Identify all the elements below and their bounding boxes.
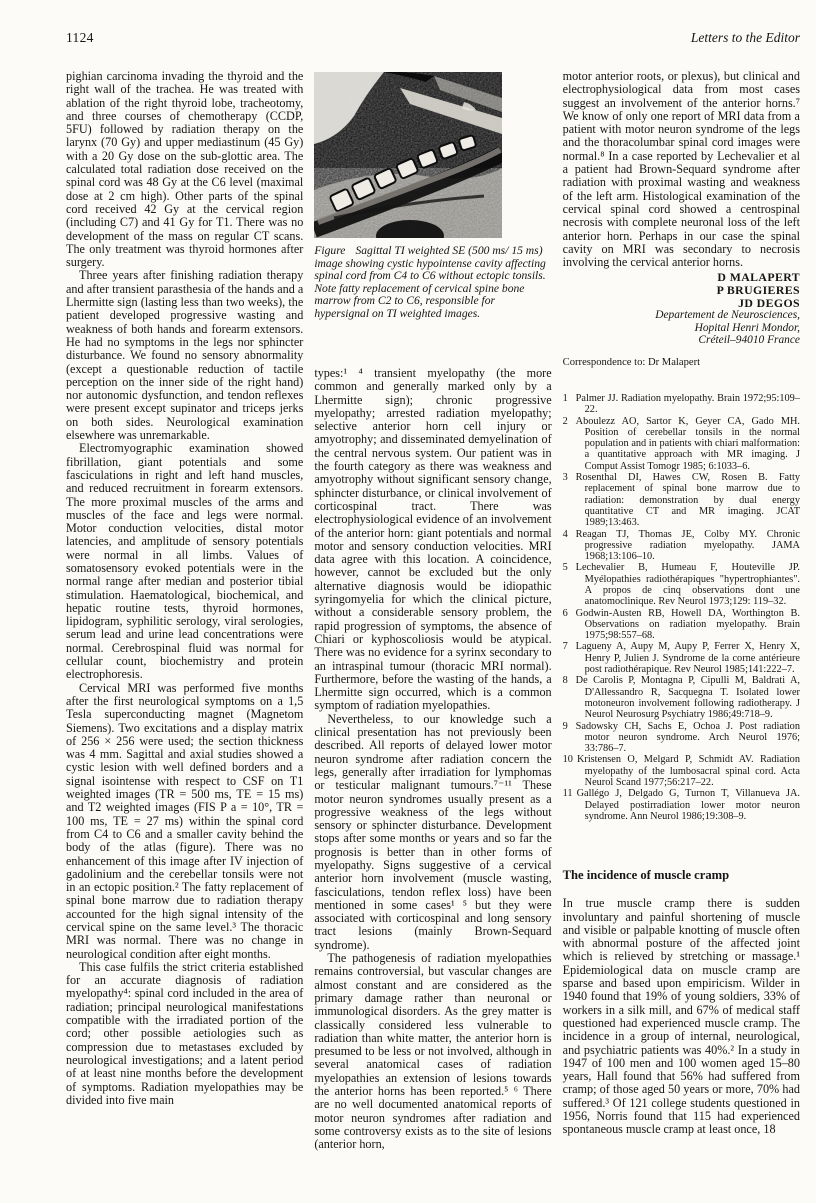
reference-text: Lagueny A, Aupy M, Aupy P, Ferrer X, Hen…: [576, 641, 800, 675]
reference-text: Godwin-Austen RB, Howell DA, Worthington…: [576, 608, 800, 642]
reference-number: 7: [563, 641, 572, 652]
three-column-layout: pighian carcinoma invading the thyroid a…: [66, 70, 800, 1152]
running-title: Letters to the Editor: [691, 30, 800, 46]
column-middle: FigureSagittal TI weighted SE (500 ms/ 1…: [314, 70, 551, 1152]
page-number: 1124: [66, 30, 94, 46]
body-paragraph: The pathogenesis of radiation myelopathi…: [314, 952, 551, 1151]
figure-caption-text: Sagittal TI weighted SE (500 ms/ 15 ms) …: [314, 244, 546, 320]
page-header: 1124 Letters to the Editor: [66, 30, 800, 46]
author-name: JD DEGOS: [563, 297, 800, 310]
figure-caption-label: Figure: [314, 244, 345, 257]
reference-number: 10: [563, 754, 573, 765]
body-paragraph: Three years after finishing radiation th…: [66, 269, 303, 442]
reference-text: Aboulezz AO, Sartor K, Geyer CA, Gado MH…: [576, 416, 800, 472]
reference-item: 9Sadowsky CH, Sachs E, Ochoa J. Post rad…: [563, 721, 800, 755]
reference-text: Palmer JJ. Radiation myelopathy. Brain 1…: [576, 393, 800, 415]
reference-number: 8: [563, 675, 572, 686]
body-paragraph: motor anterior roots, or plexus), but cl…: [563, 70, 800, 269]
author-name: P BRUGIERES: [563, 284, 800, 297]
signature-block: D MALAPERT P BRUGIERES JD DEGOS Departem…: [563, 271, 800, 346]
reference-text: Lechevalier B, Humeau F, Houteville JP. …: [576, 562, 800, 607]
body-paragraph: Electromyographic examination showed fib…: [66, 442, 303, 681]
correspondence-note: Correspondence to: Dr Malapert: [563, 357, 800, 369]
journal-page: 1124 Letters to the Editor pighian carci…: [0, 0, 816, 1203]
affiliation-line: Departement de Neurosciences,: [563, 309, 800, 321]
reference-text: Rosenthal DI, Hawes CW, Rosen B. Fatty r…: [576, 472, 800, 528]
reference-item: 11Gallégo J, Delgado G, Turnon T, Villan…: [563, 788, 800, 822]
reference-item: 8De Carolis P, Montagna P, Cipulli M, Ba…: [563, 675, 800, 720]
body-paragraph: Nevertheless, to our knowledge such a cl…: [314, 713, 551, 952]
section-heading-muscle-cramp: The incidence of muscle cramp: [563, 868, 800, 882]
reference-text: Gallégo J, Delgado G, Turnon T, Villanue…: [577, 788, 800, 822]
reference-number: 11: [563, 788, 573, 799]
reference-item: 1Palmer JJ. Radiation myelopathy. Brain …: [563, 393, 800, 416]
body-paragraph: pighian carcinoma invading the thyroid a…: [66, 70, 303, 269]
figure-mri-sagittal-cervical-spine: FigureSagittal TI weighted SE (500 ms/ 1…: [314, 72, 551, 320]
reference-number: 3: [563, 472, 572, 483]
reference-text: Sadowsky CH, Sachs E, Ochoa J. Post radi…: [576, 721, 800, 755]
reference-number: 4: [563, 529, 572, 540]
reference-item: 3Rosenthal DI, Hawes CW, Rosen B. Fatty …: [563, 472, 800, 528]
body-paragraph: This case fulfils the strict criteria es…: [66, 961, 303, 1107]
column-right: motor anterior roots, or plexus), but cl…: [563, 70, 800, 1152]
reference-text: De Carolis P, Montagna P, Cipulli M, Bal…: [576, 675, 800, 720]
reference-item: 7Lagueny A, Aupy M, Aupy P, Ferrer X, He…: [563, 641, 800, 675]
body-paragraph: Cervical MRI was performed five months a…: [66, 682, 303, 961]
reference-item: 6Godwin-Austen RB, Howell DA, Worthingto…: [563, 608, 800, 642]
mri-image: [314, 72, 502, 238]
reference-number: 6: [563, 608, 572, 619]
reference-number: 5: [563, 562, 572, 573]
reference-number: 9: [563, 721, 572, 732]
body-paragraph: In true muscle cramp there is sudden inv…: [563, 897, 800, 1136]
reference-item: 4Reagan TJ, Thomas JE, Colby MY. Chronic…: [563, 529, 800, 563]
body-paragraph: types:¹ ⁴ transient myelopathy (the more…: [314, 367, 551, 713]
reference-number: 2: [563, 416, 572, 427]
affiliation-line: Hopital Henri Mondor,: [563, 322, 800, 334]
reference-list: 1Palmer JJ. Radiation myelopathy. Brain …: [563, 393, 800, 822]
reference-item: 10Kristensen O, Melgard P, Schmidt AV. R…: [563, 754, 800, 788]
reference-number: 1: [563, 393, 572, 404]
reference-item: 2Aboulezz AO, Sartor K, Geyer CA, Gado M…: [563, 416, 800, 472]
column-left: pighian carcinoma invading the thyroid a…: [66, 70, 303, 1152]
figure-caption: FigureSagittal TI weighted SE (500 ms/ 1…: [314, 245, 551, 320]
reference-text: Kristensen O, Melgard P, Schmidt AV. Rad…: [577, 754, 800, 788]
reference-text: Reagan TJ, Thomas JE, Colby MY. Chronic …: [576, 529, 800, 563]
affiliation-line: Créteil–94010 France: [563, 334, 800, 346]
reference-item: 5Lechevalier B, Humeau F, Houteville JP.…: [563, 562, 800, 607]
